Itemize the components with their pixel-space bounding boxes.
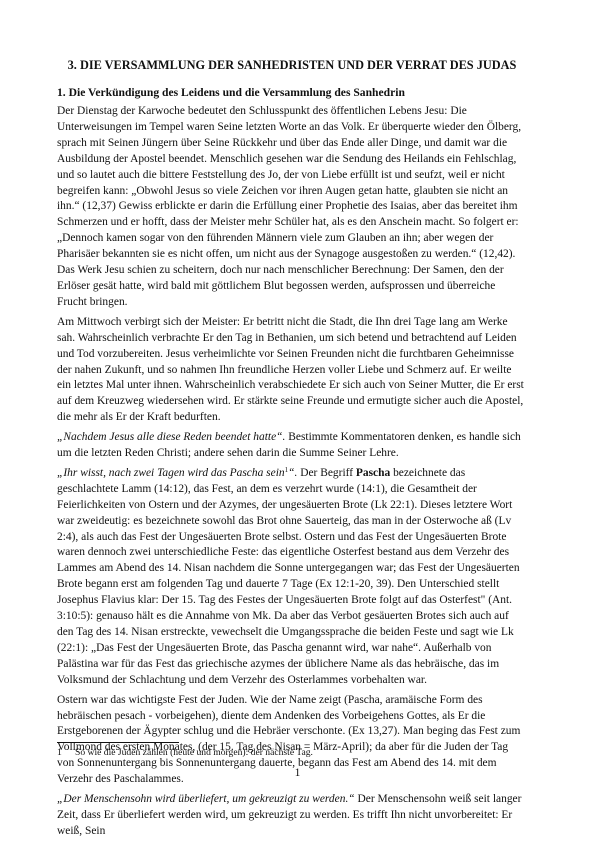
scripture-quote: „Nachdem Jesus alle diese Reden beendet … <box>57 431 285 443</box>
bold-term: Pascha <box>356 467 390 479</box>
paragraph-1: Der Dienstag der Karwoche bedeutet den S… <box>57 104 527 311</box>
footnote-area: 1 So wie die Juden zählen (heute und mor… <box>57 742 527 759</box>
paragraph-4: „Ihr wisst, nach zwei Tagen wird das Pas… <box>57 466 527 689</box>
paragraph-text: Der Begriff <box>297 467 356 479</box>
paragraph-text: Am Mittwoch verbirgt sich der Meister: E… <box>57 316 524 423</box>
page-number: 1 <box>0 766 595 780</box>
document-page: 3. DIE VERSAMMLUNG DER SANHEDRISTEN UND … <box>57 57 527 841</box>
scripture-quote: „Der Menschensohn wird überliefert, um g… <box>57 793 355 805</box>
paragraph-text: Der Dienstag der Karwoche bedeutet den S… <box>57 105 521 308</box>
footnote-number: 1 <box>57 746 75 759</box>
footnote-separator <box>57 742 179 743</box>
paragraph-6: „Der Menschensohn wird überliefert, um g… <box>57 792 527 840</box>
scripture-quote-close: “. <box>288 467 297 479</box>
footnote-text: So wie die Juden zählen (heute und morge… <box>75 746 313 759</box>
paragraph-2: Am Mittwoch verbirgt sich der Meister: E… <box>57 315 527 426</box>
paragraph-text: bezeichnete das geschlachtete Lamm (14:1… <box>57 467 520 686</box>
section-title: 1. Die Verkündigung des Leidens und die … <box>57 85 527 101</box>
paragraph-3: „Nachdem Jesus alle diese Reden beendet … <box>57 430 527 462</box>
chapter-title: 3. DIE VERSAMMLUNG DER SANHEDRISTEN UND … <box>57 57 527 73</box>
footnote: 1 So wie die Juden zählen (heute und mor… <box>57 746 527 759</box>
scripture-quote: „Ihr wisst, nach zwei Tagen wird das Pas… <box>57 467 285 479</box>
